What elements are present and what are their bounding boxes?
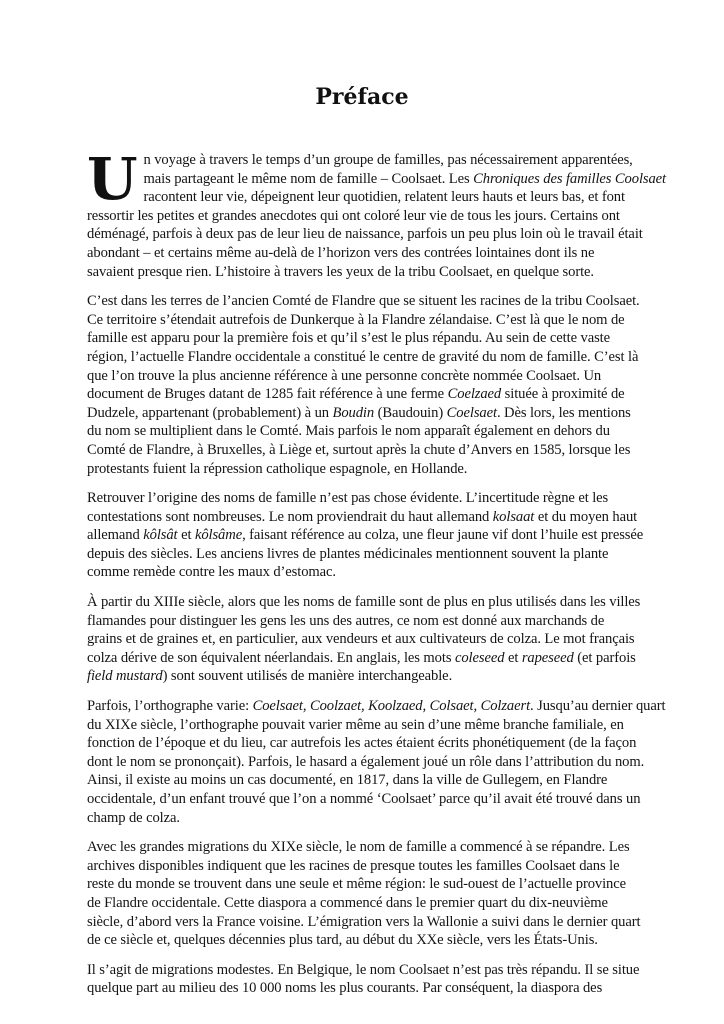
text-line: racontent leur vie, dépeignent leur quot… (87, 188, 639, 207)
text-segment: quelque part au milieu des 10 000 noms l… (87, 980, 602, 996)
text-segment: À partir du XIIIe siècle, alors que les … (87, 594, 640, 610)
text-segment: et (504, 650, 521, 666)
text-line: que l’on trouve la plus ancienne référen… (87, 367, 639, 386)
text-segment: Retrouver l’origine des noms de famille … (87, 490, 608, 506)
text-segment: et (178, 527, 195, 543)
text-segment: région, l’actuelle Flandre occidentale a… (87, 349, 638, 365)
text-line: À partir du XIIIe siècle, alors que les … (87, 593, 639, 612)
document-page: Préface Un voyage à travers le temps d’u… (0, 0, 724, 1024)
text-line: famille est apparu pour la première fois… (87, 329, 639, 348)
italic-text: kôlsâme (195, 527, 242, 543)
text-segment: document de Bruges datant de 1285 fait r… (87, 386, 448, 402)
text-line: Ce territoire s’étendait autrefois de Du… (87, 311, 639, 330)
text-segment: Il s’agit de migrations modestes. En Bel… (87, 962, 639, 978)
text-segment: occidentale, d’un enfant trouvé que l’on… (87, 791, 640, 807)
text-segment: Parfois, l’orthographe varie: (87, 698, 253, 714)
italic-text: coleseed (455, 650, 504, 666)
text-segment: (et parfois (574, 650, 636, 666)
text-line: abondant – et certains même au-delà de l… (87, 244, 639, 263)
text-segment: de ce siècle et, quelques décennies plus… (87, 932, 598, 948)
paragraph: À partir du XIIIe siècle, alors que les … (87, 593, 639, 686)
text-line: savaient presque rien. L’histoire à trav… (87, 263, 639, 282)
text-segment: et du moyen haut (534, 509, 637, 525)
text-segment: que l’on trouve la plus ancienne référen… (87, 368, 601, 384)
text-segment: Comté de Flandre, à Bruxelles, à Liège e… (87, 442, 630, 458)
text-line: C’est dans les terres de l’ancien Comté … (87, 292, 639, 311)
text-line: Dudzele, appartenant (probablement) à un… (87, 404, 639, 423)
paragraph: Il s’agit de migrations modestes. En Bel… (87, 961, 639, 998)
italic-text: field mustard (87, 668, 163, 684)
drop-cap: U (87, 155, 137, 203)
text-line: du nom se multiplient dans le Comté. Mai… (87, 422, 639, 441)
document-body: Un voyage à travers le temps d’un groupe… (87, 151, 639, 1009)
text-segment: savaient presque rien. L’histoire à trav… (87, 264, 594, 280)
text-segment: ressortir les petites et grandes anecdot… (87, 208, 620, 224)
text-line: flamandes pour distinguer les gens les u… (87, 612, 639, 631)
text-line: Avec les grandes migrations du XIXe sièc… (87, 838, 639, 857)
text-segment: flamandes pour distinguer les gens les u… (87, 613, 604, 629)
paragraph: Un voyage à travers le temps d’un groupe… (87, 151, 639, 281)
text-line: mais partageant le même nom de famille –… (87, 170, 639, 189)
text-segment: grains et de graines et, en particulier,… (87, 631, 635, 647)
text-segment: . Dès lors, les mentions (497, 405, 631, 421)
text-line: reste du monde se trouvent dans une seul… (87, 875, 639, 894)
text-segment: famille est apparu pour la première fois… (87, 330, 610, 346)
text-segment: de Flandre occidentale. Cette diaspora a… (87, 895, 608, 911)
text-line: allemand kôlsât et kôlsâme, faisant réfé… (87, 526, 639, 545)
text-line: Ainsi, il existe au moins un cas documen… (87, 771, 639, 790)
italic-text: kolsaat (493, 509, 534, 525)
text-line: Retrouver l’origine des noms de famille … (87, 489, 639, 508)
text-segment: reste du monde se trouvent dans une seul… (87, 876, 626, 892)
text-segment: du XIXe siècle, l’orthographe pouvait va… (87, 717, 624, 733)
italic-text: Chroniques des familles Coolsaet (473, 171, 666, 187)
text-segment: abondant – et certains même au-delà de l… (87, 245, 594, 261)
text-line: de ce siècle et, quelques décennies plus… (87, 931, 639, 950)
text-line: quelque part au milieu des 10 000 noms l… (87, 979, 639, 998)
text-line: archives disponibles indiquent que les r… (87, 857, 639, 876)
text-segment: allemand (87, 527, 143, 543)
text-segment: colza dérive de son équivalent néerlanda… (87, 650, 455, 666)
text-line: Parfois, l’orthographe varie: Coelsaet, … (87, 697, 639, 716)
text-line: field mustard) sont souvent utilisés de … (87, 667, 639, 686)
text-segment: , faisant référence au colza, une fleur … (242, 527, 643, 543)
text-line: depuis des siècles. Les anciens livres d… (87, 545, 639, 564)
text-line: région, l’actuelle Flandre occidentale a… (87, 348, 639, 367)
text-segment: Ainsi, il existe au moins un cas documen… (87, 772, 607, 788)
text-line: protestants fuient la répression catholi… (87, 460, 639, 479)
text-line: Comté de Flandre, à Bruxelles, à Liège e… (87, 441, 639, 460)
text-line: contestations sont nombreuses. Le nom pr… (87, 508, 639, 527)
text-segment: déménagé, parfois à deux pas de leur lie… (87, 226, 643, 242)
text-segment: . Jusqu’au dernier quart (530, 698, 665, 714)
text-line: dont le nom se prononçait). Parfois, le … (87, 753, 639, 772)
text-line: Il s’agit de migrations modestes. En Bel… (87, 961, 639, 980)
text-line: comme remède contre les maux d’estomac. (87, 563, 639, 582)
text-segment: comme remède contre les maux d’estomac. (87, 564, 336, 580)
text-segment: dont le nom se prononçait). Parfois, le … (87, 754, 644, 770)
italic-text: Coelzaed (448, 386, 502, 402)
italic-text: Coelsaet (447, 405, 497, 421)
text-segment: fonction de l’époque et du lieu, car aut… (87, 735, 636, 751)
text-line: document de Bruges datant de 1285 fait r… (87, 385, 639, 404)
italic-text: kôlsât (143, 527, 177, 543)
text-segment: archives disponibles indiquent que les r… (87, 858, 619, 874)
text-segment: champ de colza. (87, 810, 180, 826)
text-segment: siècle, d’abord vers la France voisine. … (87, 914, 640, 930)
text-line: champ de colza. (87, 809, 639, 828)
italic-text: Boudin (333, 405, 375, 421)
text-segment: racontent leur vie, dépeignent leur quot… (143, 189, 624, 205)
text-segment: Dudzele, appartenant (probablement) à un (87, 405, 333, 421)
paragraph: C’est dans les terres de l’ancien Comté … (87, 292, 639, 478)
text-line: fonction de l’époque et du lieu, car aut… (87, 734, 639, 753)
paragraph: Parfois, l’orthographe varie: Coelsaet, … (87, 697, 639, 827)
text-line: ressortir les petites et grandes anecdot… (87, 207, 639, 226)
text-segment: mais partageant le même nom de famille –… (143, 171, 473, 187)
page-title: Préface (0, 84, 724, 110)
text-line: colza dérive de son équivalent néerlanda… (87, 649, 639, 668)
italic-text: rapeseed (522, 650, 574, 666)
text-segment: Ce territoire s’étendait autrefois de Du… (87, 312, 625, 328)
text-segment: située à proximité de (501, 386, 624, 402)
text-line: occidentale, d’un enfant trouvé que l’on… (87, 790, 639, 809)
paragraph: Avec les grandes migrations du XIXe sièc… (87, 838, 639, 950)
text-line: grains et de graines et, en particulier,… (87, 630, 639, 649)
text-segment: ) sont souvent utilisés de manière inter… (163, 668, 453, 684)
text-line: déménagé, parfois à deux pas de leur lie… (87, 225, 639, 244)
text-segment: n voyage à travers le temps d’un groupe … (143, 152, 632, 168)
text-segment: du nom se multiplient dans le Comté. Mai… (87, 423, 610, 439)
text-line: siècle, d’abord vers la France voisine. … (87, 913, 639, 932)
text-line: de Flandre occidentale. Cette diaspora a… (87, 894, 639, 913)
text-line: du XIXe siècle, l’orthographe pouvait va… (87, 716, 639, 735)
text-segment: protestants fuient la répression catholi… (87, 461, 467, 477)
text-line: n voyage à travers le temps d’un groupe … (87, 151, 639, 170)
text-segment: contestations sont nombreuses. Le nom pr… (87, 509, 493, 525)
text-segment: C’est dans les terres de l’ancien Comté … (87, 293, 640, 309)
text-segment: Avec les grandes migrations du XIXe sièc… (87, 839, 630, 855)
text-segment: depuis des siècles. Les anciens livres d… (87, 546, 608, 562)
italic-text: Coelsaet, Coolzaet, Koolzaed, Colsaet, C… (253, 698, 530, 714)
text-segment: (Baudouin) (374, 405, 447, 421)
paragraph: Retrouver l’origine des noms de famille … (87, 489, 639, 582)
